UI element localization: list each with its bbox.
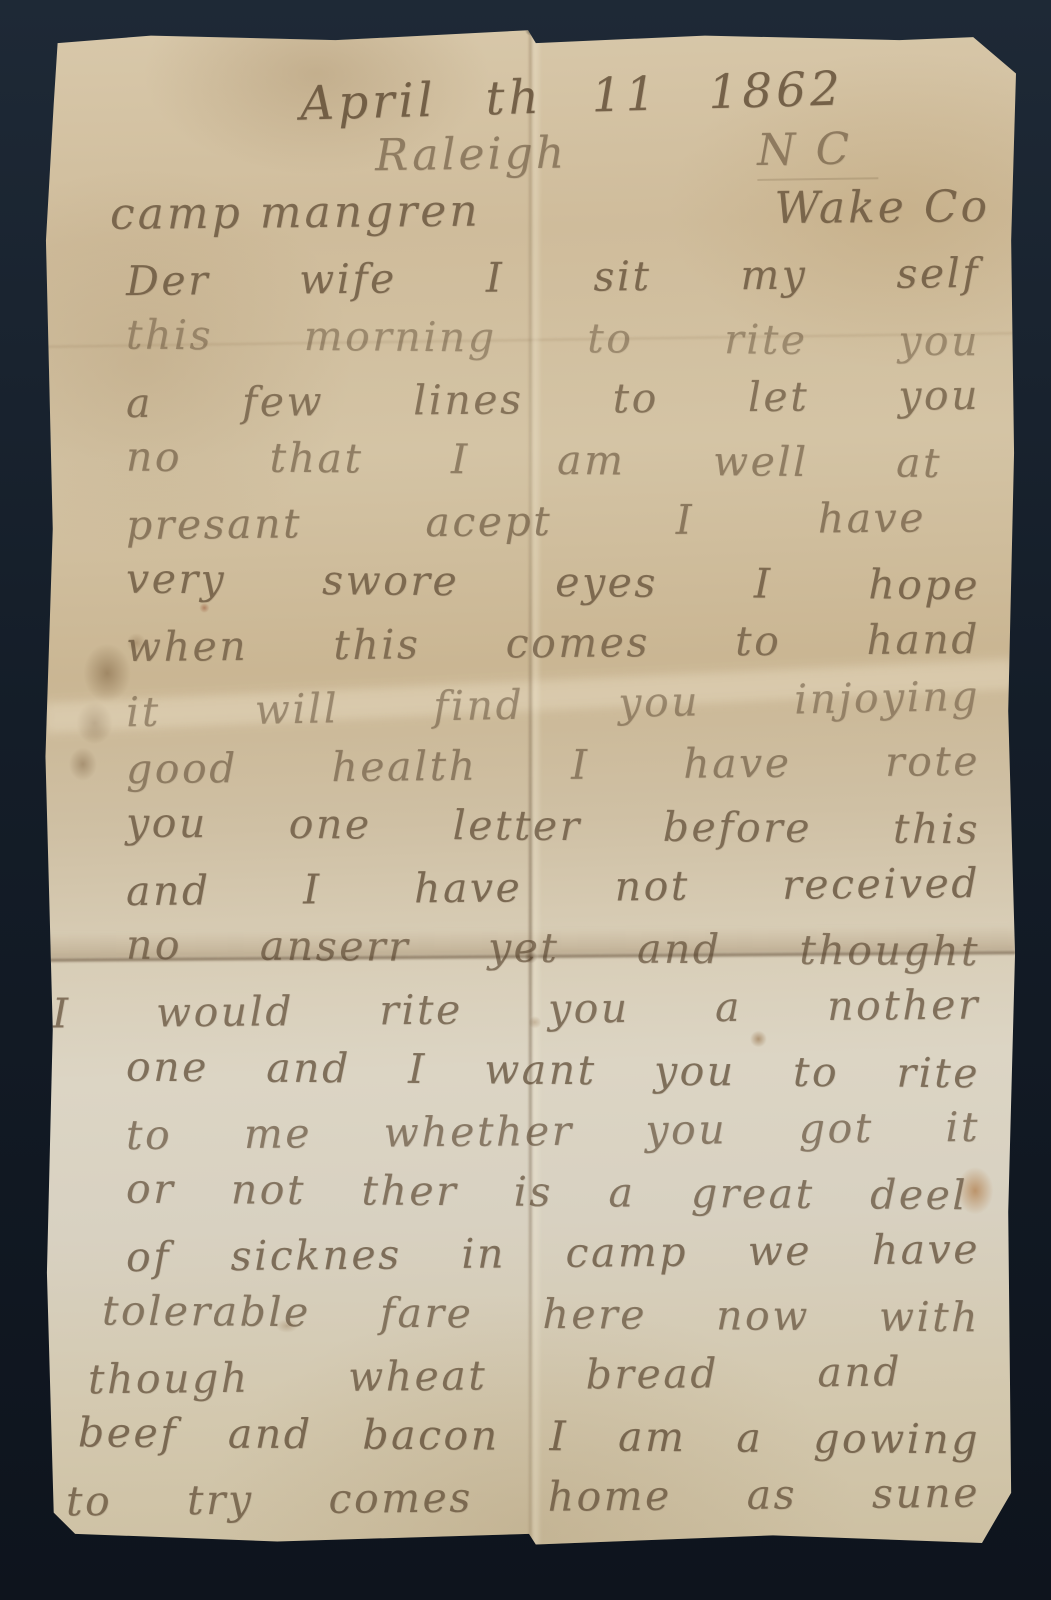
letter-line: to try comes home as sune: [66, 1463, 991, 1533]
letter-line: this morning to rite you: [126, 305, 990, 373]
letter-paper: April th 11 1862 Raleigh N C camp mangre…: [44, 28, 1016, 1546]
letter-county: Wake Co: [774, 178, 990, 238]
letter-line: and I have not received: [126, 853, 991, 922]
letter-line: of sicknes in camp we have: [126, 1219, 991, 1288]
letter-line: good health I have rote: [126, 731, 991, 800]
photo-backdrop: { "photo": { "backdrop_color": "#141d28"…: [0, 0, 1051, 1600]
letter-camp: camp mangren: [110, 183, 481, 244]
handwritten-text: April th 11 1862 Raleigh N C camp mangre…: [110, 66, 990, 1528]
letter-line: you one letter before this: [126, 793, 990, 861]
letter-line: no anserr yet and thought: [126, 915, 990, 983]
letter-state: N C: [757, 121, 879, 181]
letter-line: though wheat bread and: [88, 1341, 991, 1411]
letter-line: beef and bacon I am a gowing: [78, 1402, 990, 1470]
letter-line: or not ther is a great deel: [126, 1159, 990, 1227]
letter-line: I would rite you a nother: [52, 974, 991, 1044]
letter-line: tolerable fare here now with: [102, 1281, 990, 1349]
letter-line: a few lines to let you: [126, 365, 991, 434]
letter-line: no that I am well at: [126, 427, 990, 495]
letter-place-line: Raleigh N C: [375, 120, 991, 187]
letter-camp-line: camp mangren Wake Co: [110, 178, 990, 244]
letter-line: to me whether you got it: [126, 1097, 991, 1166]
letter-line: very swore eyes I hope: [126, 549, 990, 617]
letter-line: Der wife I sit my self: [126, 243, 991, 312]
letter-line: one and I want you to rite: [126, 1037, 990, 1105]
letter-line: presant acept I have: [126, 487, 991, 556]
letter-city: Raleigh: [375, 126, 568, 187]
letter-body: Der wife I sit my self this morning to r…: [110, 247, 990, 1528]
